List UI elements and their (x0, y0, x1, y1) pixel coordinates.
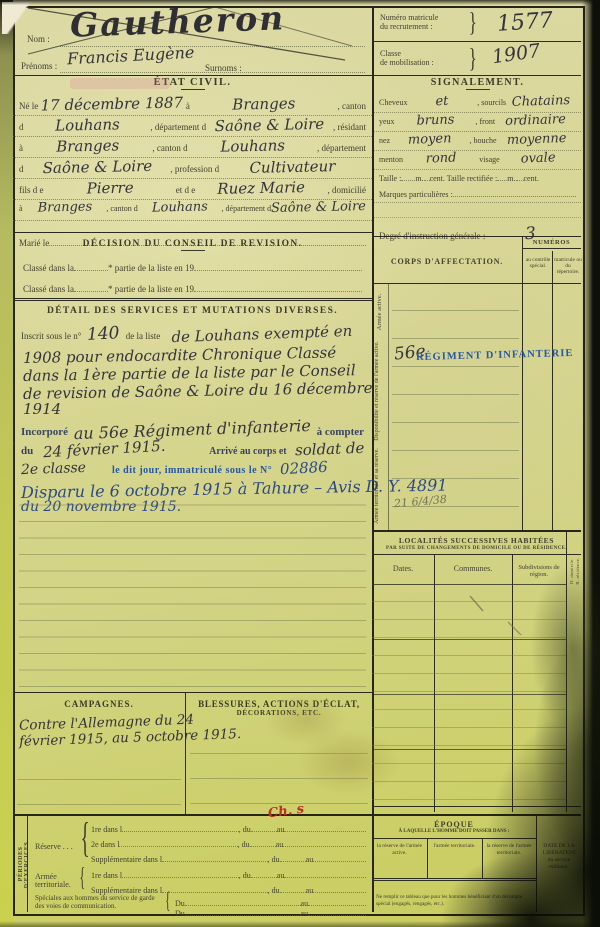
etat-civil-line: dSaône & Loire, profession dCultivateur (13, 158, 372, 179)
numeros-header: NUMÉROS (522, 239, 581, 249)
localites-table: LOCALITÉS SUCCESSIVES HABITÉES PAR SUITE… (372, 530, 581, 812)
epoque-col-rule (536, 816, 537, 912)
services-section: DÉTAIL DES SERVICES ET MUTATIONS DIVERSE… (13, 298, 372, 695)
nom-value: Gautheron (69, 0, 285, 45)
localites-group-rule (372, 694, 566, 695)
blank-ruled-area (19, 489, 366, 691)
photo-edge-top (0, 0, 600, 5)
corps-header: CORPS D'AFFECTATION. (372, 257, 522, 266)
periode-row: Duau (175, 905, 366, 918)
taille-line: Taille :m.cent. Taille rectifiée :m.cent… (374, 170, 581, 186)
signalement-line: nezmoyen, bouchemoyenne (374, 132, 581, 151)
periode-row: Supplémentaire dans l, duau (91, 851, 366, 864)
decision-title: DÉCISION DU CONSEIL DE REVISION. (13, 239, 372, 249)
marques-line: Marques particulières : (374, 186, 581, 203)
signalement-line: Cheveuxet, sourcilsChatains (374, 94, 581, 113)
epoque-col2: l'armée territoriale. (428, 843, 481, 850)
signalement-title: SIGNALEMENT. (374, 77, 581, 88)
residence-vertical: R. résidence. (575, 538, 580, 604)
blessures-cell: BLESSURES, ACTIONS D'ÉCLAT, DÉCORATIONS,… (186, 693, 372, 815)
prenoms-label: Prénoms : (21, 61, 57, 71)
signalement-section: SIGNALEMENT. Cheveuxet, sourcilsChatains… (374, 77, 581, 246)
corps-body: Armée active. Disponibilité et réserve d… (372, 283, 581, 531)
localites-col-rule (566, 532, 567, 812)
matricule-value: 1577 (496, 8, 554, 37)
services-title: DÉTAIL DES SERVICES ET MUTATIONS DIVERSE… (13, 306, 372, 316)
matricule-box-divider (372, 41, 581, 42)
localites-title: LOCALITÉS SUCCESSIVES HABITÉES (372, 536, 581, 545)
header-identity: Nom : Gautheron Prénoms : Francis Eugène… (15, 8, 370, 73)
etat-civil-line: fils d ePierreet d eRuez Marie, domicili… (13, 179, 372, 200)
localites-ruling (372, 584, 566, 806)
classe-label: Classe de mobilisation : (380, 49, 434, 67)
header-divider (13, 75, 581, 76)
corps-affectation-table: CORPS D'AFFECTATION. NUMÉROS au contrôle… (372, 236, 581, 531)
photo-corner-white (2, 2, 54, 34)
disponibilite-vertical: Disponibilité et réserve de l'armée acti… (374, 341, 381, 441)
territoriale-label: Armée territoriale. (35, 873, 75, 889)
territoriale-vertical: Armée territoriale et sa réserve. (374, 441, 381, 531)
classe-brace: } (469, 44, 477, 75)
territoriale-brace: { (79, 861, 85, 892)
photo-edge-left (0, 0, 13, 927)
epoque-note: Ne remplir ce tableau que pour les homme… (376, 894, 532, 907)
photo-edge-right (582, 0, 600, 927)
signalement-flourish (466, 89, 490, 90)
domicile-vertical: D. domicile. (569, 538, 574, 604)
pink-stamp-remnant (70, 78, 170, 89)
periode-row: 2e dans l, duau (91, 836, 366, 849)
epoque-col1: la réserve de l'armée active. (373, 843, 426, 857)
armee-active-vertical: Armée active. (376, 283, 383, 341)
corps-inner-rule (388, 283, 389, 531)
localites-subtitle: PAR SUITE DE CHANGEMENTS DE DOMICILE OU … (372, 546, 581, 551)
col-subdivisions: Subdivisions de région. (512, 564, 566, 578)
reserve-brace: { (81, 815, 90, 863)
periodes-section: Ch. s PÉRIODES D'EXERCICES. Réserve . . … (13, 814, 372, 912)
campagnes-cell: CAMPAGNES. Contre l'Allemagne du 24 févr… (13, 693, 186, 815)
campagnes-title: CAMPAGNES. (13, 699, 185, 709)
periode-row: 1re dans l, duau (91, 821, 366, 834)
header-matricule-box: Numéro matricule du recrutement : } 1577… (372, 6, 581, 75)
periodes-inner-rule (27, 816, 28, 912)
etat-civil-line: àBranges, canton dLouhans, département (13, 137, 372, 158)
decision-flourish (181, 250, 205, 251)
services-stamp-line: 2e classe le dit jour, immatriculé sous … (21, 459, 364, 477)
nom-label: Nom : (27, 34, 50, 44)
etat-civil-line: àBranges, canton dLouhans, département d… (13, 200, 372, 221)
epoque-double-rule (372, 878, 536, 881)
localites-bottom-rule (372, 806, 581, 807)
blessures-title: BLESSURES, ACTIONS D'ÉCLAT, (186, 699, 372, 709)
speciales-label: Spéciales aux hommes du service de garde… (35, 895, 163, 910)
services-intro: Inscrit sous le n° 140 de la liste de Lo… (21, 324, 364, 344)
etat-civil-line: Né le17 décembre 1887àBranges, canton (13, 95, 372, 116)
classe-value: 1907 (491, 40, 542, 69)
localites-group-rule (372, 749, 566, 750)
corps-ruling (392, 283, 519, 531)
decision-row: Classé dans la* partie de la liste en 19 (23, 281, 362, 294)
services-stamp-line: du 24 février 1915. Arrivé au corps et s… (21, 440, 364, 458)
epoque-rule (372, 838, 536, 839)
campagnes-ruling (17, 755, 181, 811)
date-liberation-col: DATE DE LA LIBÉRATION du service militai… (540, 843, 578, 871)
signalement-line: yeuxbruns, frontordinaire (374, 113, 581, 132)
epoque-col3: la réserve de l'armée territoriale. (483, 843, 535, 857)
etat-civil-flourish (181, 89, 205, 90)
col-communes: Communes. (434, 564, 512, 573)
matricule-label: Numéro matricule du recrutement : (380, 13, 438, 31)
speciales-brace: { (165, 888, 170, 914)
military-register-sheet: Nom : Gautheron Prénoms : Francis Eugène… (0, 0, 600, 927)
etat-civil-title: ÉTAT CIVIL. (13, 77, 372, 88)
localites-group-rule (372, 639, 566, 640)
photo-edge-bottom (0, 921, 600, 927)
decision-row: Classé dans la* partie de la liste en 19 (23, 260, 362, 273)
reserve-label: Réserve . . . (35, 842, 73, 851)
numeros-col2: matricule ou du répertoire. (553, 255, 583, 277)
decision-section: DÉCISION DU CONSEIL DE REVISION. Classé … (13, 232, 372, 299)
matricule-brace: } (469, 8, 477, 39)
blessures-subtitle: DÉCORATIONS, ETC. (186, 709, 372, 717)
epoque-title: ÉPOQUE (372, 820, 536, 829)
localites-rule (372, 554, 581, 555)
marques-blank (374, 203, 581, 218)
campagnes-blessures-row: CAMPAGNES. Contre l'Allemagne du 24 févr… (13, 692, 372, 815)
etat-civil-section: ÉTAT CIVIL. Né le17 décembre 1887àBrange… (13, 77, 372, 255)
signalement-line: mentonrondvisageovale (374, 151, 581, 170)
numeros-col1: au contrôle spécial. (522, 255, 554, 271)
col-dates: Dates. (372, 564, 434, 573)
epoque-table: ÉPOQUE À LAQUELLE L'HOMME DOIT PASSER DA… (372, 814, 581, 912)
services-stamp-line: Incorporé au 56e Régiment d'infanterie à… (21, 420, 364, 439)
epoque-subtitle: À LAQUELLE L'HOMME DOIT PASSER DANS : (372, 829, 536, 834)
etat-civil-line: dLouhans, département dSaône & Loire, ré… (13, 116, 372, 137)
periodes-vertical-label: PÉRIODES D'EXERCICES. (18, 822, 30, 906)
periode-row: 1re dans l, duau (91, 867, 366, 880)
prenoms-ruling (60, 72, 365, 73)
blessures-ruling (190, 729, 368, 811)
